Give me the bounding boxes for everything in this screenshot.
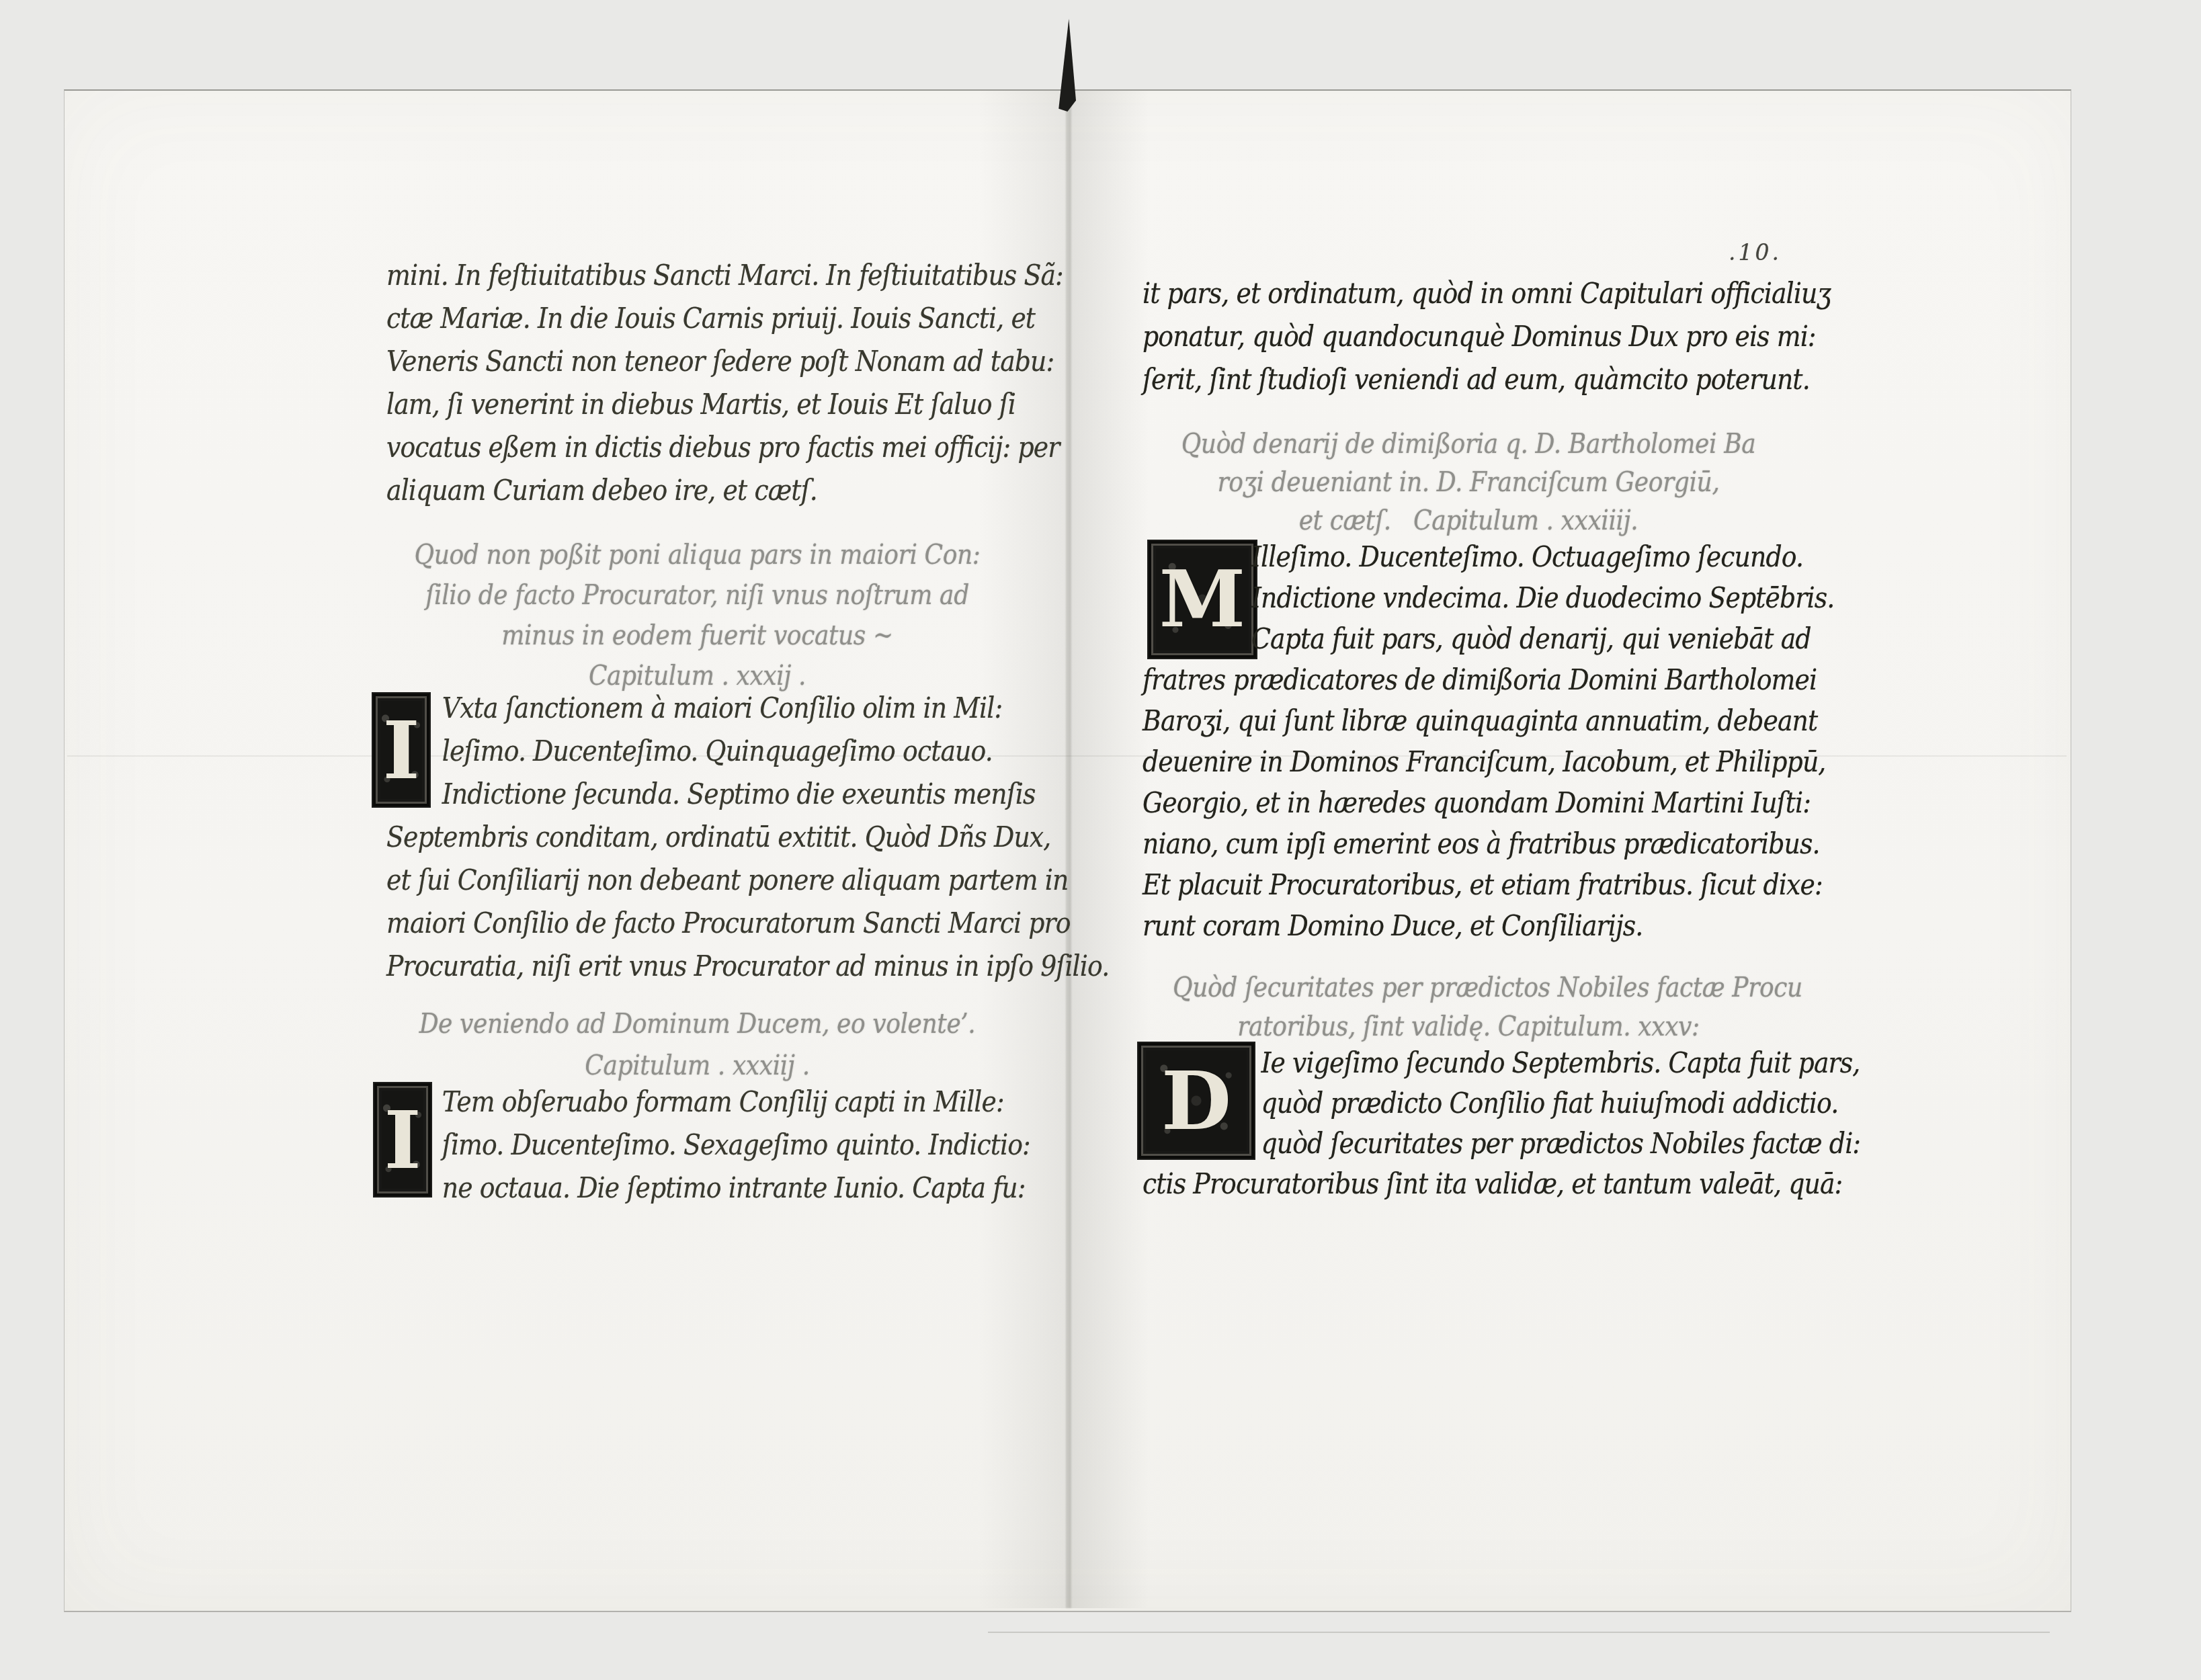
text-line: vocatus eßem in dictis diebus pro factis… [386, 426, 958, 469]
text-line: lam, ſi venerint in diebus Martis, et Io… [386, 383, 958, 426]
text-line: deuenire in Dominos Franciſcum, Iacobum,… [1143, 741, 1735, 782]
paragraph-item-obseruabo: Tem obſeruabo formam Conſilij capti in M… [386, 1081, 1022, 1210]
text-line: it pars, et ordinatum, quòd in omni Capi… [1143, 272, 1735, 315]
text-line: Georgio, et in hæredes quondam Domini Ma… [1143, 782, 1735, 823]
binding-notch [1057, 19, 1076, 112]
text-line: Procuratia, niſi erit vnus Procurator ad… [386, 945, 958, 988]
heading-line: Quòd denarij de dimißoria q. D. Bartholo… [1173, 425, 1764, 463]
heading-line: De veniendo ad Dominum Ducem, eo volente… [412, 1003, 983, 1044]
text-line: Baroʒi, qui ſunt libræ quinquaginta annu… [1143, 700, 1735, 741]
heading-line: Capitulum . xxxiij . [412, 1044, 983, 1086]
text-line: Indictione vndecima. Die duodecimo Septē… [1143, 577, 1735, 618]
heading-line: minus in eodem fuerit vocatus ~ [412, 615, 983, 655]
text-line: Veneris Sancti non teneor ſedere poſt No… [386, 340, 958, 383]
text-line: Indictione ſecunda. Septimo die exeuntis… [386, 773, 958, 816]
text-line: Vxta ſanctionem à maiori Conſilio olim i… [386, 687, 958, 730]
text-line: leſimo. Ducenteſimo. Quinquageſimo octau… [386, 730, 958, 773]
text-line: Capta fuit pars, quòd denarij, qui venie… [1143, 618, 1735, 659]
text-line: mini. In feſtiuitatibus Sancti Marci. In… [386, 254, 958, 297]
text-line: aliquam Curiam debeo ire, et cætſ. [386, 469, 958, 512]
page-edge-line [988, 1632, 2050, 1633]
text-line: niano, cum ipſi emerint eos à fratribus … [1143, 823, 1735, 864]
center-fold-line [1066, 91, 1071, 1608]
heading-line: et cætſ. Capitulum . xxxiiij. [1173, 501, 1764, 540]
paragraph-millesimo: Illeſimo. Ducenteſimo. Octuageſimo ſecun… [1143, 536, 1801, 946]
heading-line: ratoribus, ſint validę. Capitulum. xxxv: [1173, 1007, 1764, 1046]
text-line: Illeſimo. Ducenteſimo. Octuageſimo ſecun… [1143, 536, 1735, 577]
heading-capitulum-34: Quòd denarij de dimißoria q. D. Bartholo… [1132, 425, 1804, 540]
heading-capitulum-32: Quod non poßit poni aliqua pars in maior… [373, 534, 1022, 696]
text-line: Et placuit Procuratoribus, et etiam frat… [1143, 864, 1735, 905]
text-line: ſerit, ſint ſtudioſi veniendi ad eum, qu… [1143, 358, 1735, 401]
heading-line: roʒi deueniant in. D. Franciſcum Georgiū… [1173, 463, 1764, 501]
text-line: ctis Procuratoribus ſint ita validæ, et … [1143, 1164, 1741, 1204]
text-line: ſimo. Ducenteſimo. Sexageſimo quinto. In… [386, 1124, 958, 1167]
center-fold-shadow-right [1069, 91, 1149, 1608]
paragraph-die-vigesimo: Ie vigeſimo ſecundo Septembris. Capta fu… [1143, 1043, 1808, 1204]
text-line: et ſui Conſiliarij non debeant ponere al… [386, 859, 958, 902]
text-line: Septembris conditam, ordinatū extitit. Q… [386, 816, 958, 859]
paragraph-festiuitatibus: mini. In feſtiuitatibus Sancti Marci. In… [386, 254, 1022, 512]
text-line: ctæ Mariæ. In die Iouis Carnis priuij. I… [386, 297, 958, 340]
text-line: quòd ſecuritates per prædictos Nobiles f… [1143, 1124, 1741, 1164]
heading-line: Quod non poßit poni aliqua pars in maior… [412, 534, 983, 575]
text-line: Tem obſeruabo formam Conſilij capti in M… [386, 1081, 958, 1124]
text-line: ne octaua. Die ſeptimo intrante Iunio. C… [386, 1167, 958, 1210]
text-line: maiori Conſilio de facto Procuratorum Sa… [386, 902, 958, 945]
heading-line: Quòd ſecuritates per prædictos Nobiles f… [1173, 968, 1764, 1007]
heading-capitulum-33: De veniendo ad Dominum Ducem, eo volente… [373, 1003, 1022, 1086]
page-number: .10. [1729, 239, 1782, 265]
book-scan: mini. In feſtiuitatibus Sancti Marci. In… [0, 0, 2201, 1680]
text-line: fratres prædicatores de dimißoria Domini… [1143, 659, 1735, 700]
text-line: quòd prædicto Conſilio fiat huiuſmodi ad… [1143, 1083, 1741, 1124]
paragraph-iuxta-sanctionem: Vxta ſanctionem à maiori Conſilio olim i… [386, 687, 1022, 988]
text-line: ponatur, quòd quandocunquè Dominus Dux p… [1143, 315, 1735, 358]
heading-capitulum-35: Quòd ſecuritates per prædictos Nobiles f… [1132, 968, 1804, 1046]
text-line: runt coram Domino Duce, et Conſiliarijs. [1143, 905, 1735, 946]
paragraph-continuation: it pars, et ordinatum, quòd in omni Capi… [1143, 272, 1801, 401]
heading-line: ſilio de facto Procurator, niſi vnus noſ… [412, 575, 983, 615]
text-line: Ie vigeſimo ſecundo Septembris. Capta fu… [1143, 1043, 1741, 1083]
